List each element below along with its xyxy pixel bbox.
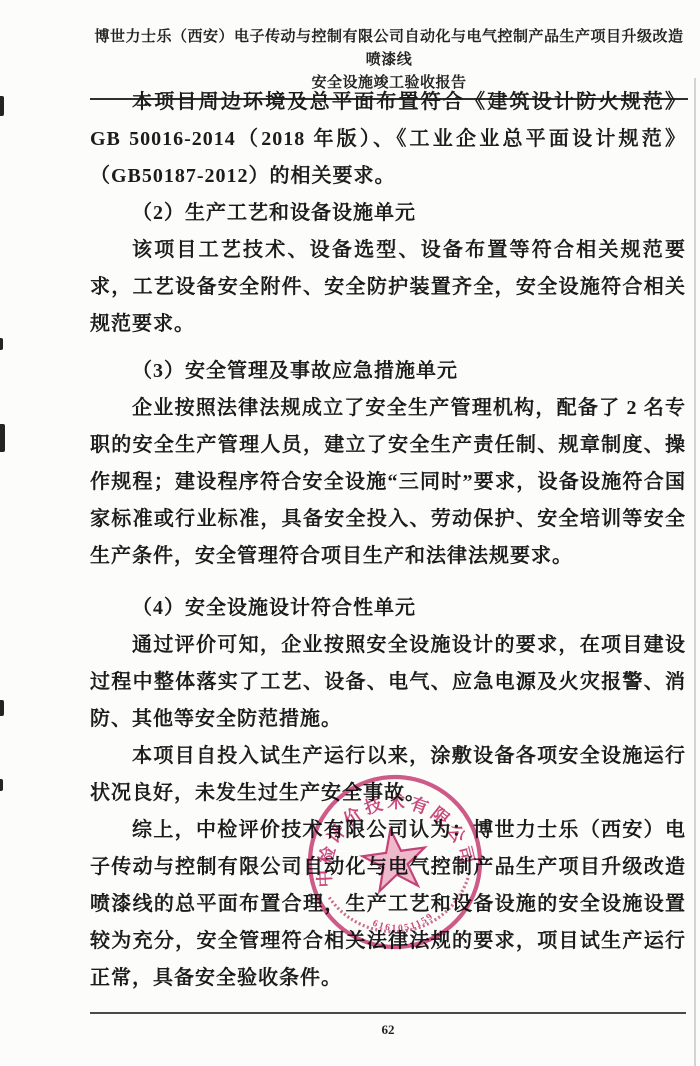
scan-artifact — [0, 424, 5, 452]
page-number: 62 — [90, 1022, 686, 1038]
scan-edge-line — [694, 78, 696, 1066]
footer-divider — [90, 1012, 686, 1014]
scan-artifact — [0, 96, 4, 116]
document-page: 博世力士乐（西安）电子传动与控制有限公司自动化与电气控制产品生产项目升级改造喷漆… — [0, 0, 700, 1066]
paragraph-safety-management: 企业按照法律法规成立了安全生产管理机构，配备了 2 名专职的安全生产管理人员，建… — [90, 390, 686, 575]
paragraph-trial-operation: 本项目自投入试生产运行以来，涂敷设备各项安全设施运行状况良好，未发生过生产安全事… — [90, 738, 686, 812]
paragraph-process-equipment: 该项目工艺技术、设备选型、设备布置等符合相关规范要求，工艺设备安全附件、安全防护… — [90, 232, 686, 343]
paragraph-conclusion: 综上，中检评价技术有限公司认为：博世力士乐（西安）电子传动与控制有限公司自动化与… — [90, 812, 686, 997]
scan-artifact — [0, 338, 3, 350]
scan-artifact — [0, 779, 3, 791]
paragraph-site-layout: 本项目周边环境及总平面布置符合《建筑设计防火规范》GB 50016-2014（2… — [90, 84, 686, 195]
section-heading-3: （3）安全管理及事故应急措施单元 — [90, 353, 686, 390]
section-heading-2: （2）生产工艺和设备设施单元 — [90, 195, 686, 232]
section-heading-4: （4）安全设施设计符合性单元 — [90, 590, 686, 627]
paragraph-design-conformity: 通过评价可知，企业按照安全设施设计的要求，在项目建设过程中整体落实了工艺、设备、… — [90, 627, 686, 738]
scan-artifact — [0, 700, 4, 716]
header-title-line1: 博世力士乐（西安）电子传动与控制有限公司自动化与电气控制产品生产项目升级改造喷漆… — [90, 26, 688, 72]
document-body: 本项目周边环境及总平面布置符合《建筑设计防火规范》GB 50016-2014（2… — [90, 84, 686, 997]
